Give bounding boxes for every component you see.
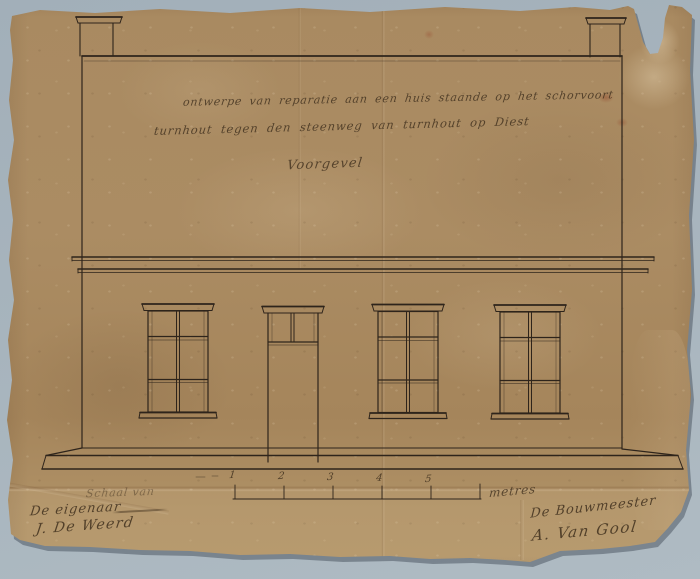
scan-mount-background: ontwerpe van reparatie aan een huis staa… <box>0 0 700 579</box>
window-2 <box>369 305 447 419</box>
scale-bar <box>196 476 481 499</box>
facade-walls <box>82 56 622 449</box>
window-3 <box>491 305 569 419</box>
plinth-base <box>42 448 683 469</box>
roofline <box>82 56 622 61</box>
entrance-door <box>262 307 324 463</box>
window-1 <box>139 304 217 418</box>
cornice-band <box>72 257 654 273</box>
drawing-sheet: ontwerpe van reparatie aan een huis staa… <box>0 0 700 579</box>
chimney-right <box>586 18 626 57</box>
elevation-linework <box>0 0 700 579</box>
chimney-left <box>76 17 122 56</box>
